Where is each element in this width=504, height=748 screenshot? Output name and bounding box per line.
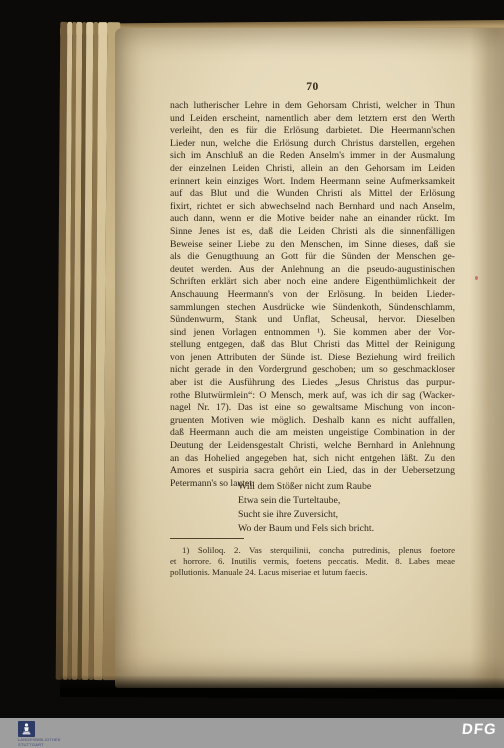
body-line: an das Hohelied angegeben hat, sich nich…	[170, 453, 455, 466]
body-line: von jenen Attributen der Sünde ist. Dies…	[170, 352, 455, 365]
book-gutter-shadow	[470, 28, 504, 688]
body-line: fixirt, richtet er sich abwechselnd nach…	[170, 201, 455, 214]
body-line: Beweise seiner Liebe zu den Menschen, im…	[170, 239, 455, 252]
body-line: aber ist die Ausführung des Liedes „Jesu…	[170, 377, 455, 390]
body-line: nagel Nr. 17). Das ist eine so gewaltsam…	[170, 402, 455, 415]
page-number: 70	[170, 81, 455, 93]
body-line: sich im Anschluß an die Reden Anselm's i…	[170, 150, 455, 163]
body-line: auf das Blut und die Wunden Christi als …	[170, 188, 455, 201]
library-logo: LANDESBIBLIOTHEK STUTTGART	[18, 721, 58, 747]
body-line: daß Heermann auch die am meisten ungeist…	[170, 427, 455, 440]
scan-footer-bar: LANDESBIBLIOTHEK STUTTGART DFG	[0, 718, 504, 748]
library-emblem-icon	[18, 721, 35, 737]
verse-line: Wo der Baum und Fels sich bricht.	[238, 522, 374, 536]
body-line: Sinne Jenes ist es, daß die Leiden Chris…	[170, 226, 455, 239]
library-caption-line2: STUTTGART	[18, 743, 58, 747]
body-line: gruenten Motiven wie möglich. Deshalb ka…	[170, 415, 455, 428]
body-line: Anschauung Heermann's von der Erlösung. …	[170, 289, 455, 302]
book-page-edges	[56, 22, 121, 680]
body-line: stellung entgegen, daß das Blut Christi …	[170, 339, 455, 352]
body-line: und Leiden erscheint, namentlich aber de…	[170, 113, 455, 126]
body-line: nach lutherischer Lehre in dem Gehorsam …	[170, 100, 455, 113]
verse-line: Etwa sein die Turteltaube,	[238, 494, 374, 508]
verse: Will dem Stößer nicht zum RaubeEtwa sein…	[238, 480, 374, 536]
body-line: Deutung der Leidensgestalt Christi, welc…	[170, 440, 455, 453]
footnote-line: pollutionis. Manuale 24. Lacus miseriae …	[170, 567, 455, 578]
body-line: Lieder nun, welche die Erlösung durch Ch…	[170, 138, 455, 151]
red-speck	[475, 276, 478, 280]
body-line: erinnert kein einziges Wort. Indem Heerm…	[170, 176, 455, 189]
verse-line: Sucht sie ihre Zuversicht,	[238, 508, 374, 522]
footnote-separator	[170, 538, 244, 539]
body-line: Sündenwurm, Stank und Unflat, Scheusal, …	[170, 314, 455, 327]
footnote: 1) Soliloq. 2. Vas sterquilinii, concha …	[170, 545, 455, 579]
body-line: rothe Blutwürmlein“: O Mensch, merk auf,…	[170, 390, 455, 403]
body-line: Amores et suspiria sacra gehört ein Lied…	[170, 465, 455, 478]
body-line: sind jenen Vorlagen entnommen ¹). Sie ko…	[170, 327, 455, 340]
body-line: auch dann, wenn er die Motive beider nah…	[170, 213, 455, 226]
footnote-line: et horrore. 6. Inutilis vermis, foetens …	[170, 556, 455, 567]
body-line: sammlungen stechen Ausdrücke wie Sündenk…	[170, 302, 455, 315]
body-line: deutet werden. Aus der Anlehnung an die …	[170, 264, 455, 277]
dfg-logo: DFG	[461, 721, 497, 738]
body-text: nach lutherischer Lehre in dem Gehorsam …	[170, 100, 455, 490]
statue-icon	[21, 723, 32, 735]
footnote-line: 1) Soliloq. 2. Vas sterquilinii, concha …	[170, 545, 455, 556]
verse-line: Will dem Stößer nicht zum Raube	[238, 480, 374, 494]
book-bottom-shadow	[60, 675, 504, 699]
scanned-book-viewer: 70 nach lutherischer Lehre in dem Gehors…	[0, 0, 504, 748]
body-line: der einzelnen Leiden Christi, allein an …	[170, 163, 455, 176]
body-line: verleiht, den es für die Erlösung darbie…	[170, 125, 455, 138]
body-line: nicht gerade in den Vordergrund geschobe…	[170, 364, 455, 377]
body-line: als die Genugthuung an Gott für die Sünd…	[170, 251, 455, 264]
body-line: Schriften erklärt sich aber noch eine an…	[170, 276, 455, 289]
